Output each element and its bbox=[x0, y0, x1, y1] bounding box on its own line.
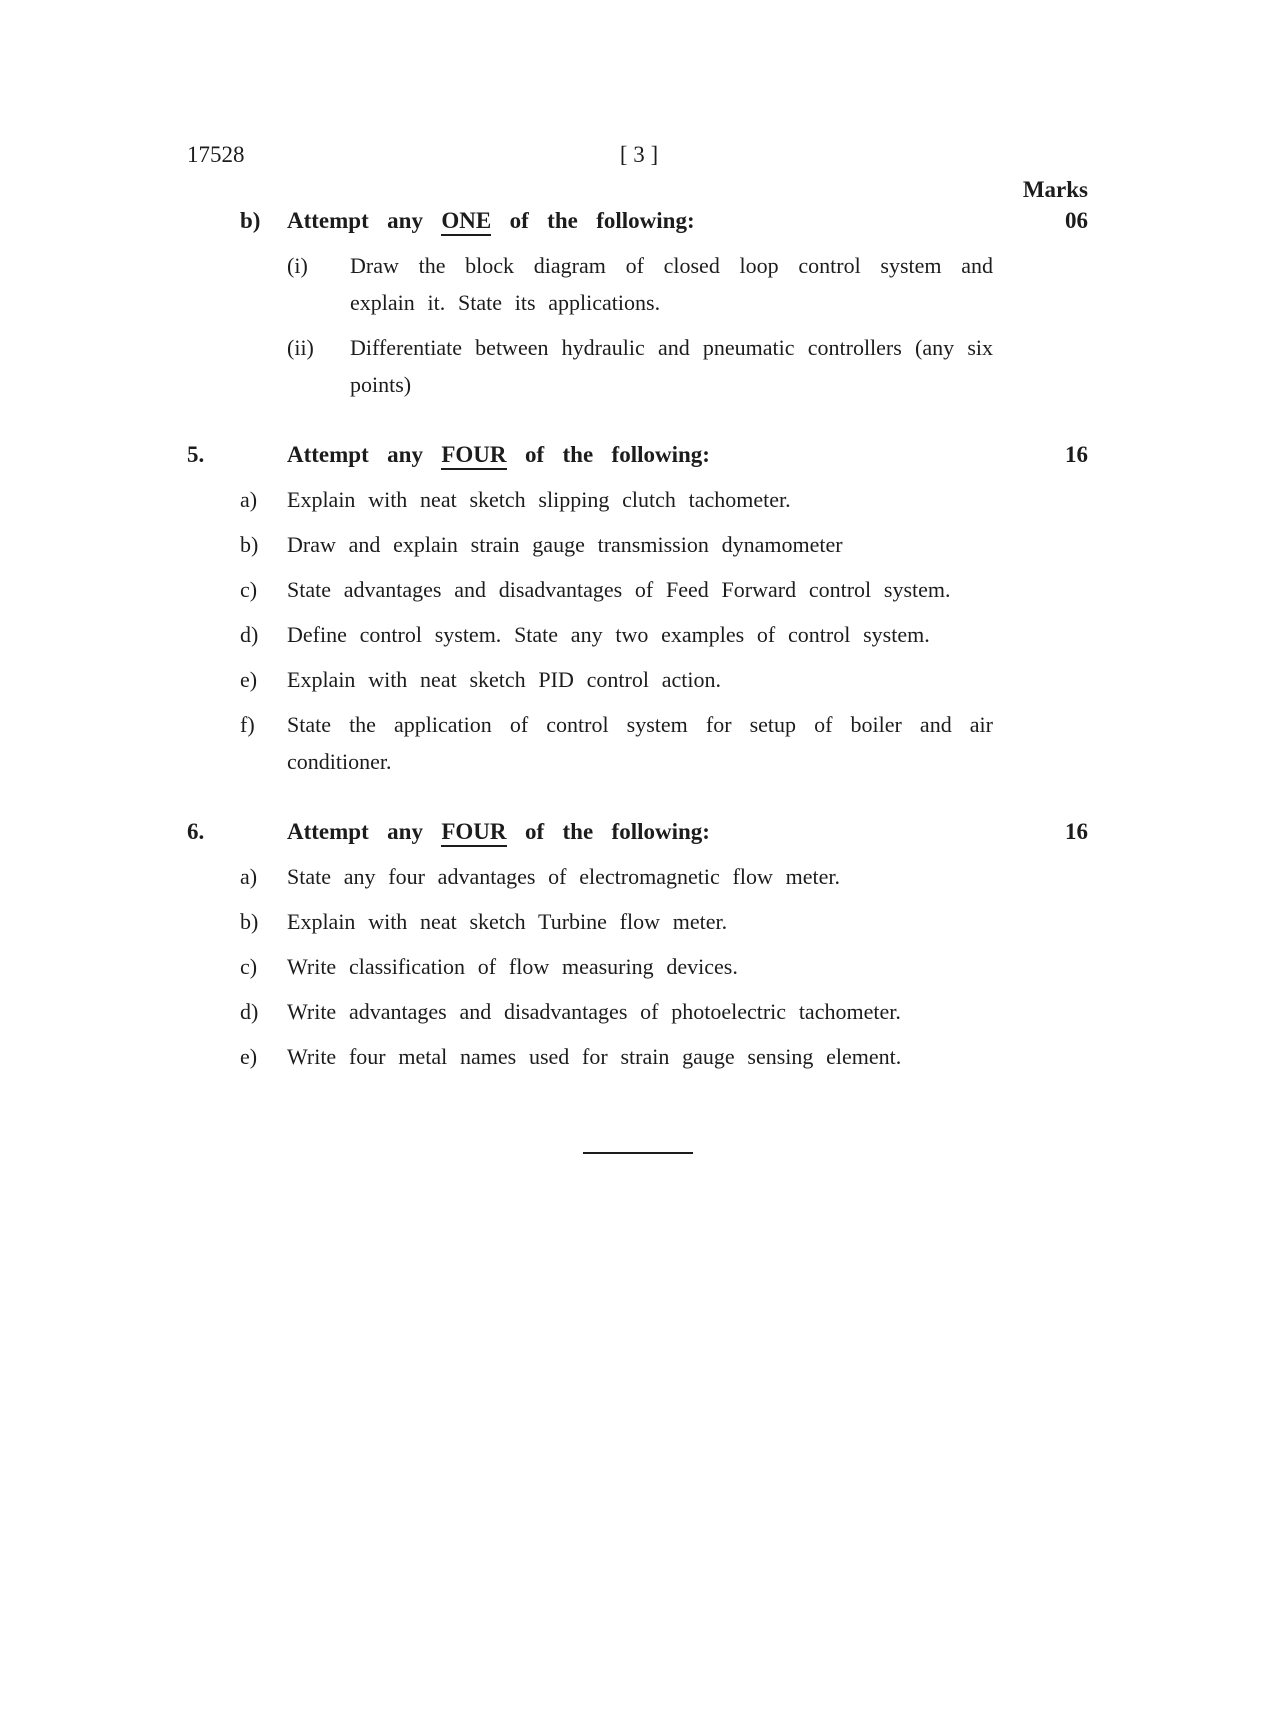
page-number: [ 3 ] bbox=[620, 143, 658, 167]
item-label: c) bbox=[240, 571, 257, 608]
section-number: b) bbox=[240, 202, 260, 239]
item-label: a) bbox=[240, 858, 257, 895]
section-title-prefix: Attempt any bbox=[287, 819, 423, 844]
page-header: 17528 [ 3 ] bbox=[187, 143, 1088, 167]
section-title-keyword: ONE bbox=[441, 208, 491, 236]
item-label: (i) bbox=[287, 247, 308, 284]
section-title-keyword: FOUR bbox=[441, 819, 506, 847]
item-text: State any four advantages of electromagn… bbox=[287, 858, 993, 895]
question-item: f) State the application of control syst… bbox=[187, 706, 1088, 780]
item-label: e) bbox=[240, 1038, 257, 1075]
item-label: b) bbox=[240, 903, 258, 940]
question-item: c) State advantages and disadvantages of… bbox=[187, 571, 1088, 608]
question-item: e) Write four metal names used for strai… bbox=[187, 1038, 1088, 1075]
question-item: (ii) Differentiate between hydraulic and… bbox=[187, 329, 1088, 403]
section-5: 5. Attempt any FOUR of the following: 16… bbox=[187, 436, 1088, 780]
section-title-suffix: of the following: bbox=[525, 442, 710, 467]
section-header: 6. Attempt any FOUR of the following: 16 bbox=[187, 813, 1088, 850]
section-title-prefix: Attempt any bbox=[287, 442, 423, 467]
item-text: Draw the block diagram of closed loop co… bbox=[350, 247, 993, 321]
item-label: d) bbox=[240, 993, 258, 1030]
section-title-prefix: Attempt any bbox=[287, 208, 423, 233]
section-header: 5. Attempt any FOUR of the following: 16 bbox=[187, 436, 1088, 473]
question-paper-page: 17528 [ 3 ] Marks b) Attempt any ONE of … bbox=[187, 143, 1088, 1154]
item-label: e) bbox=[240, 661, 257, 698]
marks-column-header: Marks bbox=[187, 178, 1088, 202]
item-text: Write advantages and disadvantages of ph… bbox=[287, 993, 993, 1030]
item-text: Differentiate between hydraulic and pneu… bbox=[350, 329, 993, 403]
item-text: Draw and explain strain gauge transmissi… bbox=[287, 526, 993, 563]
question-item: a) State any four advantages of electrom… bbox=[187, 858, 1088, 895]
item-text: Explain with neat sketch PID control act… bbox=[287, 661, 993, 698]
item-label: a) bbox=[240, 481, 257, 518]
question-item: b) Draw and explain strain gauge transmi… bbox=[187, 526, 1088, 563]
item-text: Write four metal names used for strain g… bbox=[287, 1038, 993, 1075]
marks-value: 06 bbox=[1065, 202, 1088, 239]
item-text: Write classification of flow measuring d… bbox=[287, 948, 993, 985]
section-title-suffix: of the following: bbox=[510, 208, 695, 233]
end-of-paper-rule bbox=[583, 1152, 693, 1154]
question-item: e) Explain with neat sketch PID control … bbox=[187, 661, 1088, 698]
item-text: State the application of control system … bbox=[287, 706, 993, 780]
question-item: d) Define control system. State any two … bbox=[187, 616, 1088, 653]
item-label: d) bbox=[240, 616, 258, 653]
item-text: Explain with neat sketch Turbine flow me… bbox=[287, 903, 993, 940]
item-label: c) bbox=[240, 948, 257, 985]
section-header: b) Attempt any ONE of the following: 06 bbox=[187, 202, 1088, 239]
question-item: (i) Draw the block diagram of closed loo… bbox=[187, 247, 1088, 321]
question-item: d) Write advantages and disadvantages of… bbox=[187, 993, 1088, 1030]
question-item: c) Write classification of flow measurin… bbox=[187, 948, 1088, 985]
item-text: State advantages and disadvantages of Fe… bbox=[287, 571, 993, 608]
marks-value: 16 bbox=[1065, 813, 1088, 850]
section-number: 5. bbox=[187, 436, 204, 473]
section-number: 6. bbox=[187, 813, 204, 850]
item-label: (ii) bbox=[287, 329, 314, 366]
section-b: b) Attempt any ONE of the following: 06 … bbox=[187, 202, 1088, 403]
item-text: Define control system. State any two exa… bbox=[287, 616, 993, 653]
section-title-keyword: FOUR bbox=[441, 442, 506, 470]
item-text: Explain with neat sketch slipping clutch… bbox=[287, 481, 993, 518]
item-label: f) bbox=[240, 706, 255, 743]
section-title: Attempt any FOUR of the following: bbox=[287, 819, 710, 847]
question-item: a) Explain with neat sketch slipping clu… bbox=[187, 481, 1088, 518]
marks-value: 16 bbox=[1065, 436, 1088, 473]
section-6: 6. Attempt any FOUR of the following: 16… bbox=[187, 813, 1088, 1075]
doc-number: 17528 bbox=[187, 142, 245, 167]
section-title-suffix: of the following: bbox=[525, 819, 710, 844]
question-item: b) Explain with neat sketch Turbine flow… bbox=[187, 903, 1088, 940]
section-title: Attempt any ONE of the following: bbox=[287, 208, 695, 236]
item-label: b) bbox=[240, 526, 258, 563]
section-title: Attempt any FOUR of the following: bbox=[287, 442, 710, 470]
